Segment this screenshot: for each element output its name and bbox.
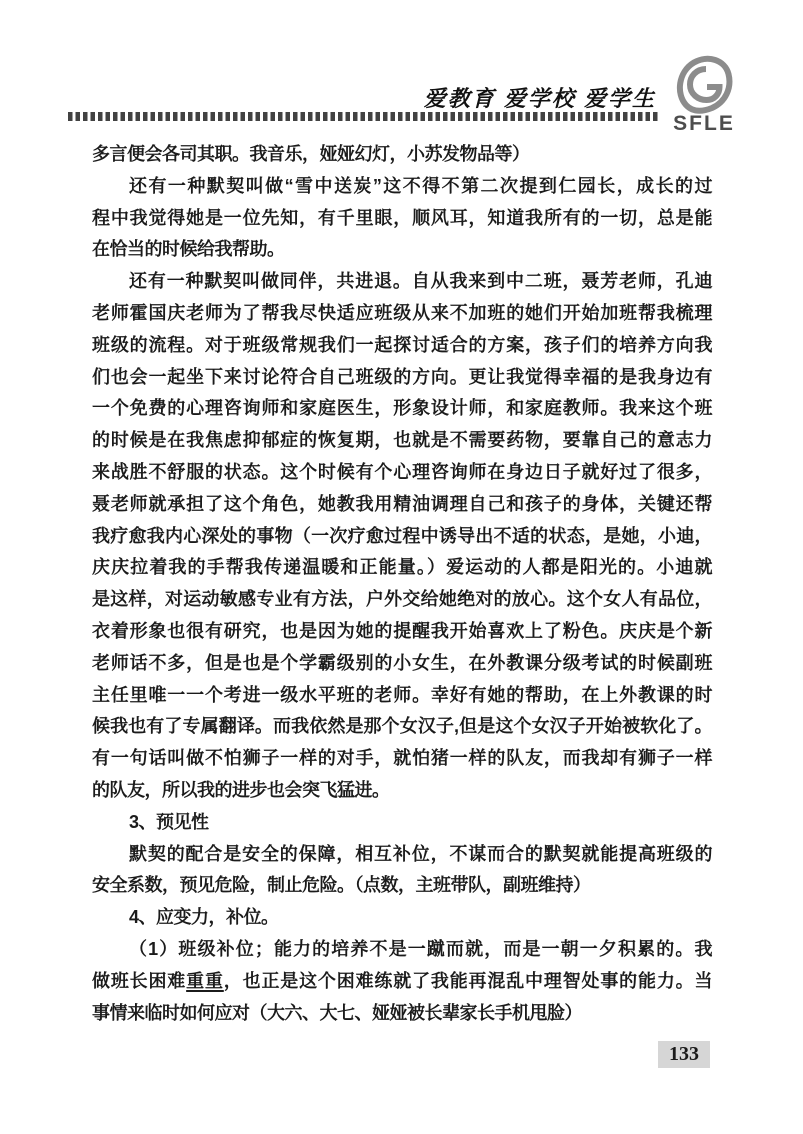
logo-wordmark: SFLE: [656, 112, 752, 136]
text-line: 是这样，对运动敏感专业有方法，户外交给她绝对的放心。这个女人有品位，: [92, 584, 712, 616]
text-line: 班级的流程。对于班级常规我们一起探讨适合的方案，孩子们的培养方向我: [92, 330, 712, 362]
text-line: 一个免费的心理咨询师和家庭医生，形象设计师，和家庭教师。我来这个班: [92, 393, 712, 425]
text-line: 庆庆拉着我的手帮我传递温暖和正能量。）爱运动的人都是阳光的。小迪就: [92, 552, 712, 584]
text-line: 们也会一起坐下来讨论符合自己班级的方向。更让我觉得幸福的是我身边有: [92, 362, 712, 394]
header-dashed-rule: [68, 112, 658, 121]
text-line: 有一句话叫做不怕狮子一样的对手，就怕猪一样的队友，而我却有狮子一样: [92, 743, 712, 775]
text-line: 主任里唯一一个考进一级水平班的老师。幸好有她的帮助，在上外教课的时: [92, 680, 712, 712]
text-line: 在恰当的时候给我帮助。: [92, 234, 712, 266]
text-line: 还有一种默契叫做“雪中送炭”这不得不第二次提到仁园长，成长的过: [92, 171, 712, 203]
text-line: 安全系数，预见危险，制止危险。（点数，主班带队，副班维持）: [92, 870, 712, 902]
text-line: 聂老师就承担了这个角色，她教我用精油调理自己和孩子的身体，关键还帮: [92, 489, 712, 521]
text-line: 的时候是在我焦虑抑郁症的恢复期，也就是不需要药物，要靠自己的意志力: [92, 425, 712, 457]
publisher-logo: SFLE: [656, 54, 752, 136]
text-line: 多言便会各司其职。我音乐，娅娅幻灯，小苏发物品等）: [92, 139, 712, 171]
text-line: 老师霍国庆老师为了帮我尽快适应班级从来不加班的她们开始加班帮我梳理: [92, 298, 712, 330]
document-body: 多言便会各司其职。我音乐，娅娅幻灯，小苏发物品等）还有一种默契叫做“雪中送炭”这…: [92, 139, 712, 1029]
scanned-book-page: 爱教育 爱学校 爱学生 SFLE 多言便会各司其职。我音乐，娅娅幻灯，小苏发物品…: [0, 0, 803, 1134]
header-slogan: 爱教育 爱学校 爱学生: [0, 82, 656, 113]
underlined-text: 重重: [186, 971, 224, 991]
text-line: 衣着形象也很有研究，也是因为她的提醒我开始喜欢上了粉色。庆庆是个新: [92, 616, 712, 648]
text-line: 4、应变力，补位。: [92, 902, 712, 934]
text-line: 做班长困难重重，也正是这个困难练就了我能再混乱中理智处事的能力。当: [92, 966, 712, 998]
droplet-g-logo-icon: [675, 54, 733, 114]
text-line: 3、预见性: [92, 807, 712, 839]
text-line: 老师话不多，但是也是个学霸级别的小女生，在外教课分级考试的时候副班: [92, 648, 712, 680]
page-number: 133: [669, 1043, 699, 1066]
text-line: 默契的配合是安全的保障，相互补位，不谋而合的默契就能提高班级的: [92, 839, 712, 871]
text-line: 还有一种默契叫做同伴，共进退。自从我来到中二班，聂芳老师，孔迪: [92, 266, 712, 298]
text-line: 候我也有了专属翻译。而我依然是那个女汉子,但是这个女汉子开始被软化了。: [92, 711, 712, 743]
text-line: 来战胜不舒服的状态。这个时候有个心理咨询师在身边日子就好过了很多，: [92, 457, 712, 489]
text-line: 的队友，所以我的进步也会突飞猛进。: [92, 775, 712, 807]
text-line: 事情来临时如何应对（大六、大七、娅娅被长辈家长手机甩脸）: [92, 998, 712, 1030]
page-number-badge: 133: [658, 1041, 710, 1068]
text-line: 程中我觉得她是一位先知，有千里眼，顺风耳，知道我所有的一切，总是能: [92, 203, 712, 235]
text-line: 我疗愈我内心深处的事物（一次疗愈过程中诱导出不适的状态，是她，小迪，: [92, 521, 712, 553]
text-line: （1）班级补位；能力的培养不是一蹴而就，而是一朝一夕积累的。我: [92, 934, 712, 966]
